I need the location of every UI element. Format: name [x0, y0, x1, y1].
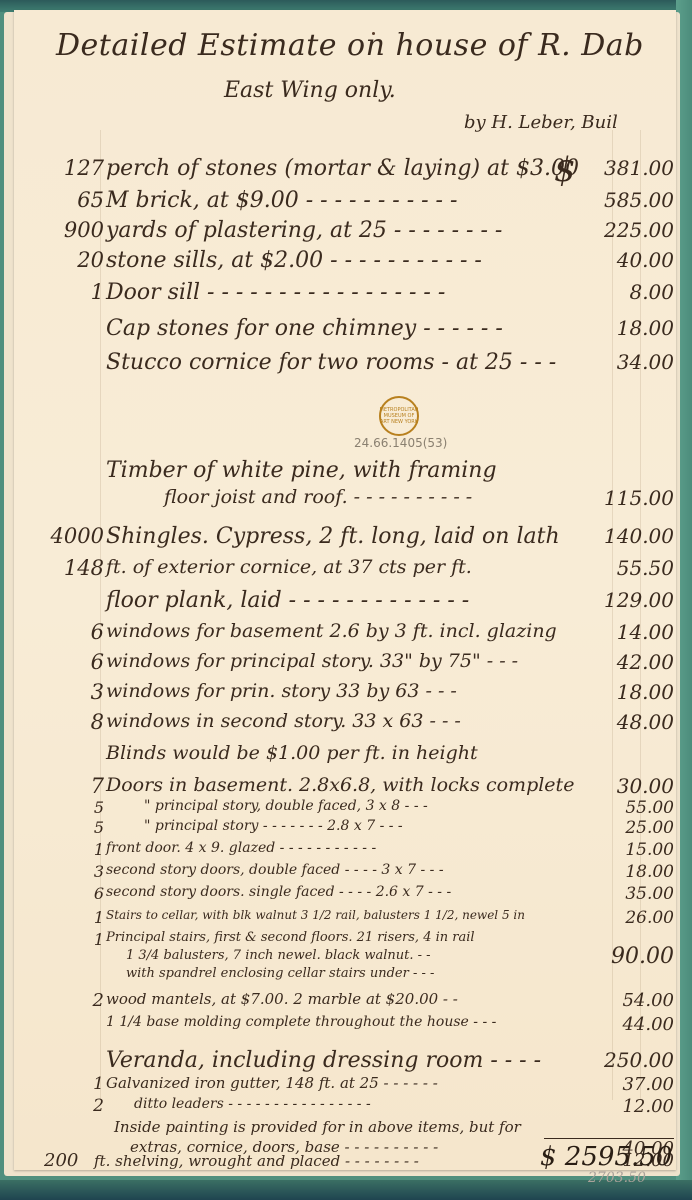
- item-desc: floor plank, laid - - - - - - - - - - - …: [106, 588, 469, 613]
- line-item: Blinds would be $1.00 per ft. in height: [14, 742, 676, 770]
- item-qty: 3: [94, 862, 104, 881]
- line-item: 20 stone sills, at $2.00 - - - - - - - -…: [14, 248, 676, 276]
- line-item: 900 yards of plastering, at 25 - - - - -…: [14, 218, 676, 246]
- item-desc: with spandrel enclosing cellar stairs un…: [126, 966, 434, 981]
- item-desc: Timber of white pine, with framing: [106, 458, 497, 483]
- item-qty: 148: [64, 556, 104, 580]
- document-byline: by H. Leber, Buil: [464, 112, 618, 133]
- item-qty: 8: [91, 710, 104, 734]
- item-desc: windows for principal story. 33" by 75" …: [106, 650, 518, 672]
- item-amount: 44.00: [622, 1014, 674, 1035]
- item-amount: 37.00: [622, 1074, 674, 1095]
- item-desc: Shingles. Cypress, 2 ft. long, laid on l…: [106, 524, 560, 549]
- item-desc: yards of plastering, at 25 - - - - - - -…: [106, 218, 502, 243]
- item-amount: 12.00: [622, 1096, 674, 1117]
- item-qty: 6: [91, 650, 104, 674]
- line-item: floor plank, laid - - - - - - - - - - - …: [14, 588, 676, 616]
- item-desc: second story doors. single faced - - - -…: [106, 884, 451, 900]
- item-amount: 42.00: [617, 650, 674, 674]
- item-qty: 6: [91, 620, 104, 644]
- item-amount: 55.50: [617, 556, 674, 580]
- item-desc: perch of stones (mortar & laying) at $3.…: [106, 156, 579, 181]
- line-item: 4000 Shingles. Cypress, 2 ft. long, laid…: [14, 524, 676, 552]
- item-qty: 6: [94, 884, 104, 903]
- accession-number: 24.66.1405(53): [354, 436, 447, 450]
- item-amount: 225.00: [604, 218, 674, 242]
- item-amount: 250.00: [604, 1048, 674, 1072]
- line-item: 6 windows for basement 2.6 by 3 ft. incl…: [14, 620, 676, 648]
- manuscript-page: Detailed Estimate on house of R. Dab Eas…: [14, 10, 676, 1170]
- item-qty: 1: [94, 908, 104, 927]
- item-qty: 2: [93, 990, 104, 1011]
- museum-stamp: METROPOLITAN MUSEUM OF ART NEW YORK: [379, 396, 419, 436]
- item-qty: 127: [64, 156, 104, 180]
- item-qty: 1: [94, 930, 104, 949]
- item-qty: 2: [93, 1096, 104, 1116]
- item-qty: 5: [94, 798, 104, 817]
- line-item: floor joist and roof. - - - - - - - - - …: [14, 486, 676, 514]
- item-amount: 381.00: [604, 156, 674, 180]
- item-desc: Blinds would be $1.00 per ft. in height: [106, 742, 478, 764]
- document-subtitle: East Wing only.: [224, 78, 396, 103]
- item-qty: 1: [91, 280, 104, 304]
- item-amount: 15.00: [625, 840, 674, 860]
- item-desc: Stairs to cellar, with blk walnut 3 1/2 …: [106, 908, 525, 922]
- item-desc: M brick, at $9.00 - - - - - - - - - - -: [106, 188, 457, 213]
- item-desc: windows for basement 2.6 by 3 ft. incl. …: [106, 620, 557, 642]
- item-amount: 18.00: [617, 316, 674, 340]
- item-desc: ft. of exterior cornice, at 37 cts per f…: [106, 556, 472, 578]
- item-qty: 4000: [51, 524, 104, 548]
- item-desc: windows in second story. 33 x 63 - - -: [106, 710, 461, 732]
- line-item: 65 M brick, at $9.00 - - - - - - - - - -…: [14, 188, 676, 216]
- item-qty: 5: [94, 818, 104, 837]
- item-amount: 55.00: [625, 798, 674, 818]
- item-amount: 140.00: [604, 524, 674, 548]
- item-amount: 18.00: [625, 862, 674, 882]
- line-item: Stucco cornice for two rooms - at 25 - -…: [14, 350, 676, 378]
- item-amount: 40.00: [617, 248, 674, 272]
- item-amount: 54.00: [622, 990, 674, 1011]
- item-qty: 7: [91, 774, 104, 798]
- total-rule: [544, 1138, 674, 1139]
- item-desc: windows for prin. story 33 by 63 - - -: [106, 680, 457, 702]
- item-desc: Veranda, including dressing room - - - -: [106, 1048, 541, 1073]
- item-desc: Inside painting is provided for in above…: [114, 1118, 521, 1136]
- item-desc: front door. 4 x 9. glazed - - - - - - - …: [106, 840, 376, 856]
- item-desc: 1 3/4 balusters, 7 inch newel. black wal…: [126, 948, 431, 963]
- item-amount: 129.00: [604, 588, 674, 612]
- item-amount: 48.00: [617, 710, 674, 734]
- item-qty: 65: [77, 188, 104, 212]
- line-item: Veranda, including dressing room - - - -…: [14, 1048, 676, 1076]
- item-desc: 1 1/4 base molding complete throughout t…: [106, 1014, 496, 1030]
- item-desc: ditto leaders - - - - - - - - - - - - - …: [134, 1096, 371, 1112]
- item-qty: 900: [64, 218, 104, 242]
- line-item: 3 windows for prin. story 33 by 63 - - -…: [14, 680, 676, 708]
- item-amount: 18.00: [617, 680, 674, 704]
- item-desc: " principal story, double faced, 3 x 8 -…: [144, 798, 428, 814]
- document-title: Detailed Estimate on house of R. Dab: [56, 28, 644, 63]
- line-item: 1 1/4 base molding complete throughout t…: [14, 1014, 676, 1042]
- line-item: Cap stones for one chimney - - - - - - 1…: [14, 316, 676, 344]
- line-item: 6 windows for principal story. 33" by 75…: [14, 650, 676, 678]
- item-desc: Galvanized iron gutter, 148 ft. at 25 - …: [106, 1074, 438, 1092]
- item-amount: 115.00: [604, 486, 674, 510]
- item-desc: Principal stairs, first & second floors.…: [106, 930, 475, 945]
- item-desc: stone sills, at $2.00 - - - - - - - - - …: [106, 248, 482, 273]
- item-desc: wood mantels, at $7.00. 2 marble at $20.…: [106, 990, 458, 1008]
- line-item: Timber of white pine, with framing: [14, 458, 676, 486]
- item-amount: 25.00: [625, 818, 674, 838]
- item-desc: second story doors, double faced - - - -…: [106, 862, 444, 878]
- item-desc: extras, cornice, doors, base - - - - - -…: [130, 1138, 438, 1156]
- item-desc: Door sill - - - - - - - - - - - - - - - …: [106, 280, 445, 305]
- line-item: 8 windows in second story. 33 x 63 - - -…: [14, 710, 676, 738]
- item-amount: 26.00: [625, 908, 674, 928]
- grand-total: $ 2595.50: [540, 1142, 672, 1172]
- item-qty: 20: [77, 248, 104, 272]
- item-desc: Stucco cornice for two rooms - at 25 - -…: [106, 350, 556, 375]
- item-amount: 14.00: [617, 620, 674, 644]
- pencil-total: 2703.50: [588, 1170, 646, 1186]
- item-qty: 3: [91, 680, 104, 704]
- item-amount: 8.00: [629, 280, 674, 304]
- item-amount: 34.00: [617, 350, 674, 374]
- item-desc: floor joist and roof. - - - - - - - - - …: [164, 486, 472, 508]
- item-qty: 1: [94, 840, 104, 859]
- item-desc: Cap stones for one chimney - - - - - -: [106, 316, 503, 341]
- item-desc: " principal story - - - - - - - 2.8 x 7 …: [144, 818, 403, 834]
- item-qty: 1: [93, 1074, 104, 1094]
- line-item: 127 perch of stones (mortar & laying) at…: [14, 156, 676, 184]
- item-amount: 30.00: [617, 774, 674, 798]
- item-desc: Doors in basement. 2.8x6.8, with locks c…: [106, 774, 574, 796]
- line-item: 148 ft. of exterior cornice, at 37 cts p…: [14, 556, 676, 584]
- line-item: 1 Door sill - - - - - - - - - - - - - - …: [14, 280, 676, 308]
- item-amount: 585.00: [604, 188, 674, 212]
- item-amount: 35.00: [625, 884, 674, 904]
